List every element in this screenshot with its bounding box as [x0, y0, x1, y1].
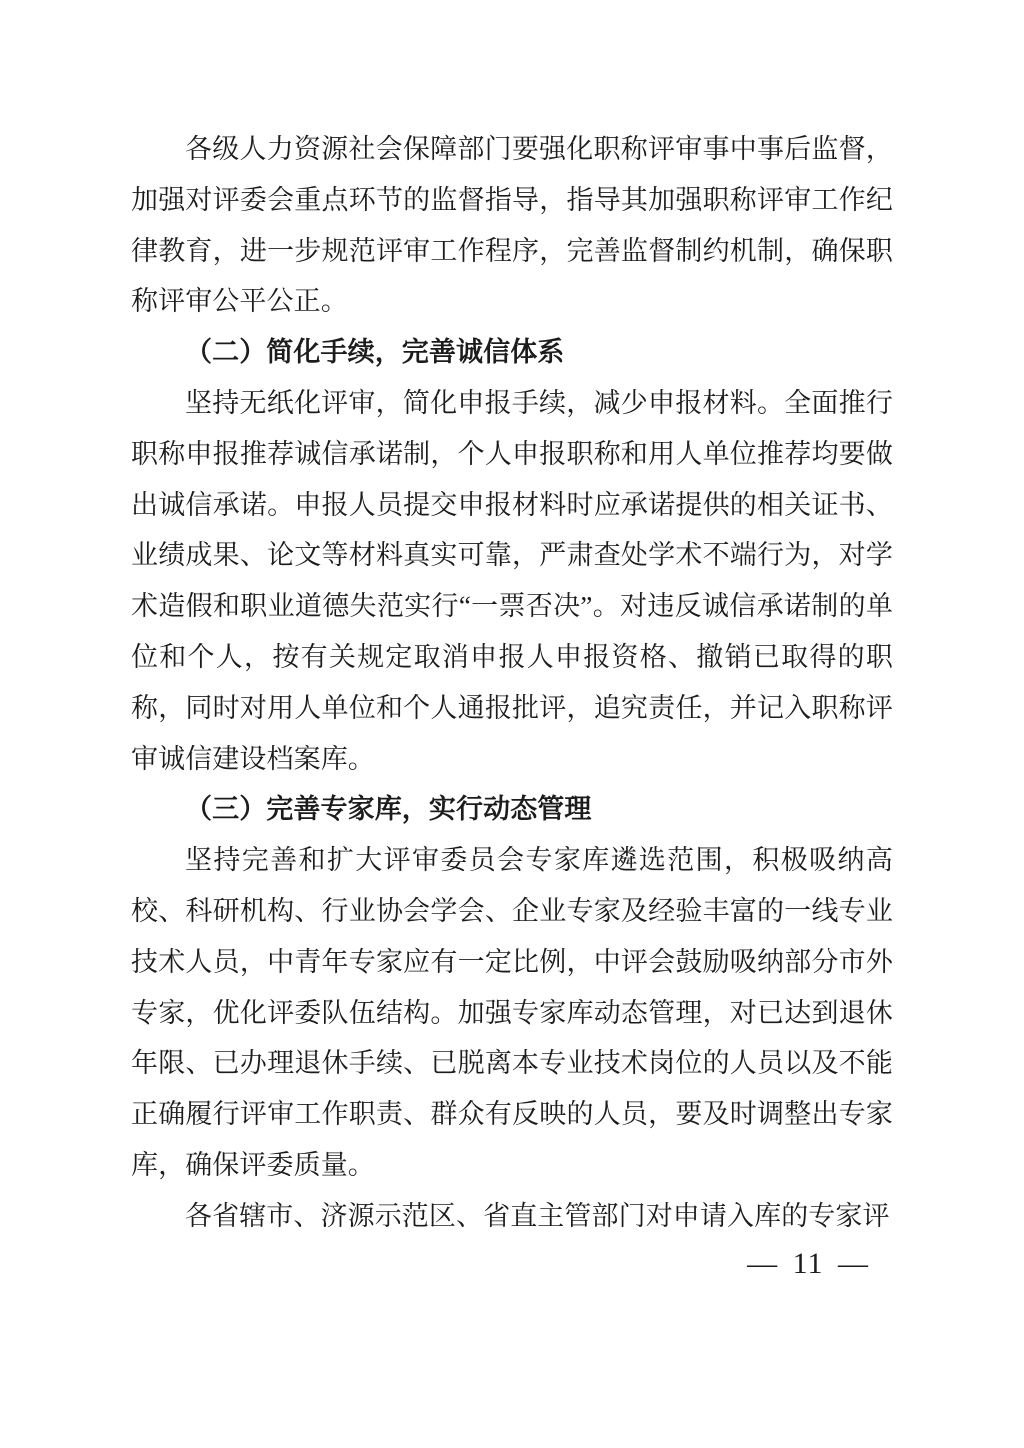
- document-body: 各级人力资源社会保障部门要强化职称评审事中事后监督，加强对评委会重点环节的监督指…: [131, 124, 893, 1242]
- section-heading-2: （二）简化手续，完善诚信体系: [131, 327, 893, 378]
- paragraph-supervision: 各级人力资源社会保障部门要强化职称评审事中事后监督，加强对评委会重点环节的监督指…: [131, 124, 893, 327]
- paragraph-integrity-system: 坚持无纸化评审，简化申报手续，减少申报材料。全面推行职称申报推荐诚信承诺制，个人…: [131, 378, 893, 784]
- paragraph-expert-pool: 坚持完善和扩大评审委员会专家库遴选范围，积极吸纳高校、科研机构、行业协会学会、企…: [131, 835, 893, 1191]
- section-heading-3: （三）完善专家库，实行动态管理: [131, 784, 893, 835]
- document-page: 各级人力资源社会保障部门要强化职称评审事中事后监督，加强对评委会重点环节的监督指…: [0, 0, 1024, 1448]
- page-number: — 11 —: [747, 1246, 869, 1281]
- page-number-label: — 11 —: [747, 1247, 869, 1280]
- paragraph-expert-application: 各省辖市、济源示范区、省直主管部门对申请入库的专家评: [131, 1191, 893, 1242]
